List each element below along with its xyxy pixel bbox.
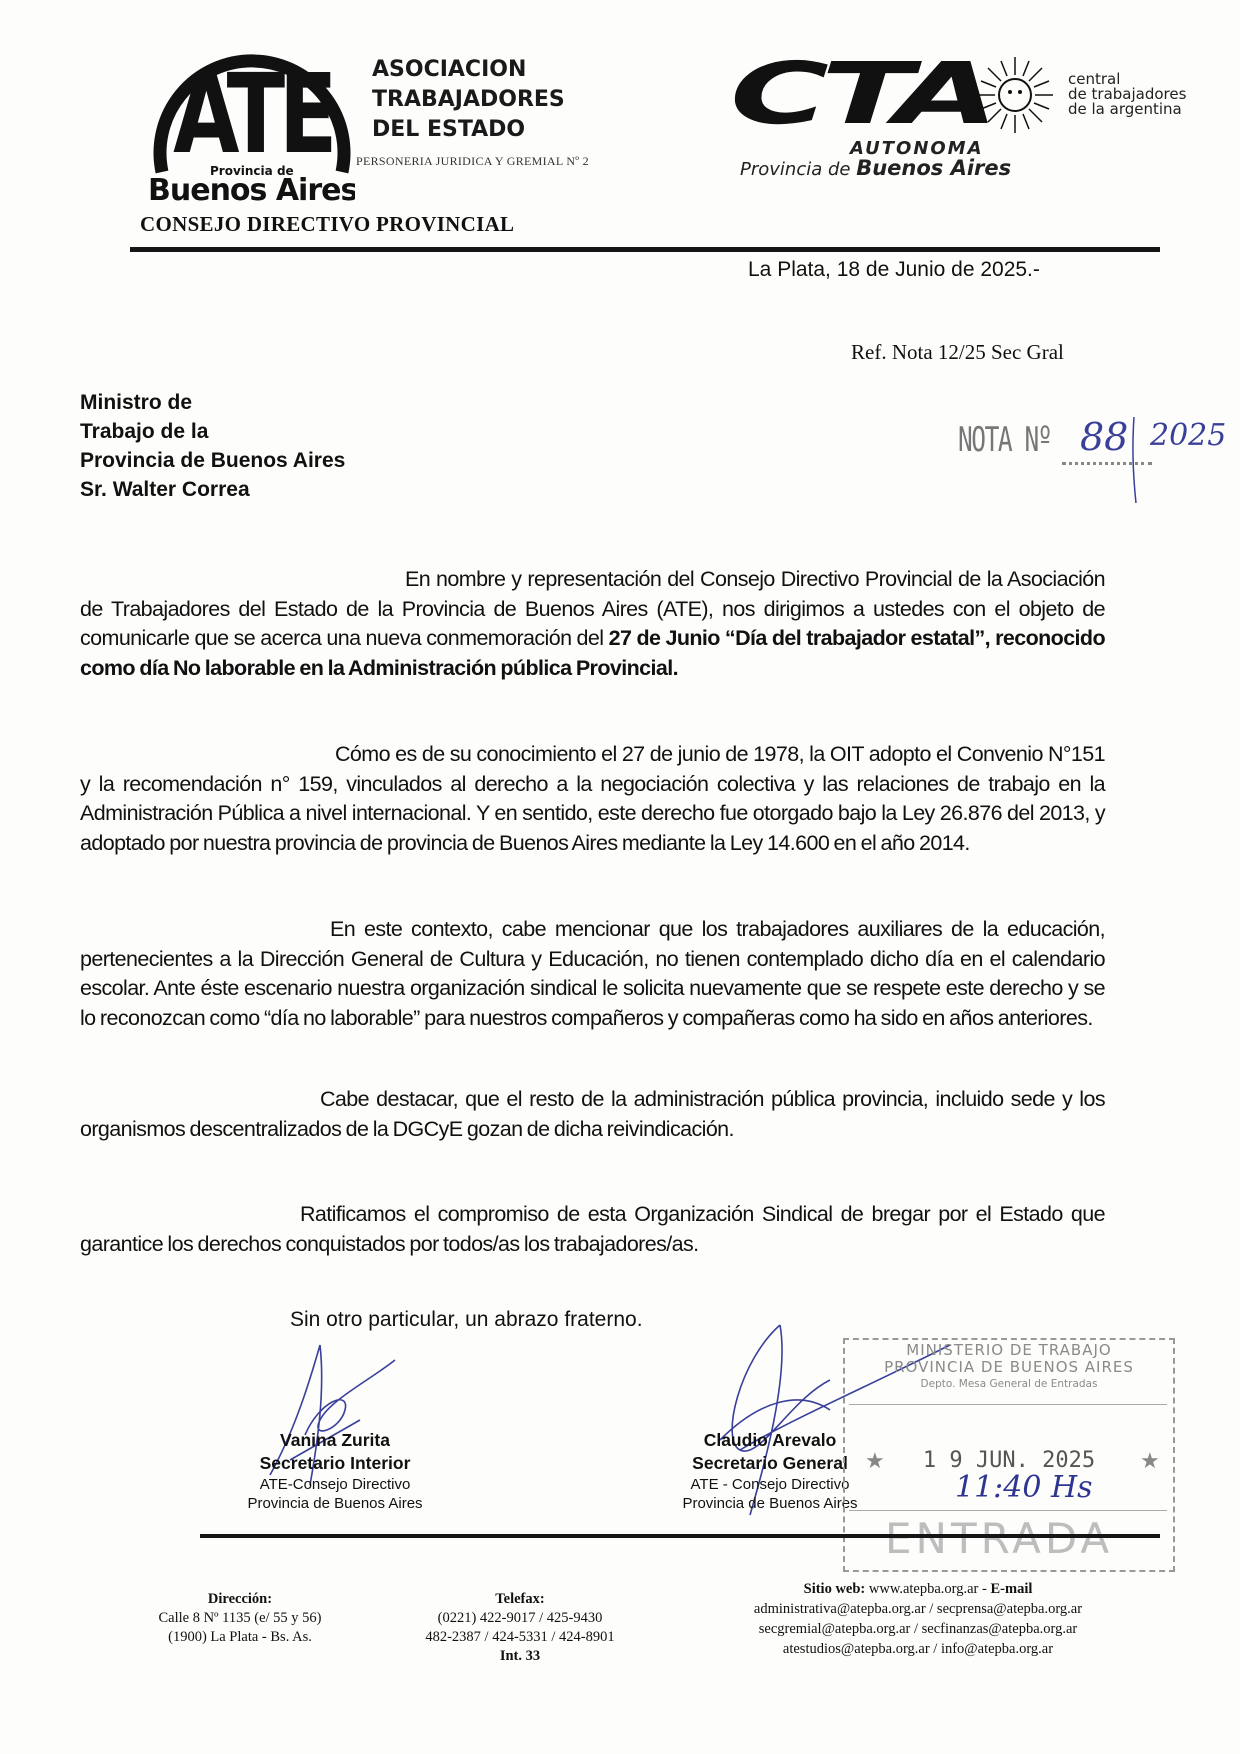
paragraph-4: Cabe destacar, que el resto de la admini…: [80, 1085, 1105, 1144]
email-line[interactable]: atestudios@atepba.org.ar / info@atepba.o…: [718, 1639, 1118, 1659]
footer-contact: Sitio web: www.atepba.org.ar - E-mail ad…: [718, 1579, 1118, 1659]
closing-line: Sin otro particular, un abrazo fraterno.: [290, 1308, 643, 1332]
nota-year-handwritten: 2025: [1150, 418, 1226, 453]
header-divider: [130, 247, 1160, 252]
sun-icon: [977, 57, 1053, 133]
cta-tagline: central de trabajadores de la argentina: [1068, 72, 1186, 117]
svg-text:CTA: CTA: [730, 55, 991, 143]
nota-stamp-label: NOTA Nº: [958, 420, 1051, 460]
stamp-divider: [849, 1404, 1167, 1405]
signatory-1: Vanina Zurita Secretario Interior ATE-Co…: [215, 1429, 455, 1513]
footer-telefax: Telefax: (0221) 422-9017 / 425-9430 482-…: [410, 1590, 630, 1666]
footer-divider: [200, 1534, 1160, 1538]
paragraph-3: En este contexto, cabe mencionar que los…: [80, 915, 1105, 1033]
website-link[interactable]: www.atepba.org.ar: [869, 1581, 979, 1597]
personeria-juridica: PERSONERIA JURIDICA Y GREMIAL Nº 2: [356, 154, 589, 169]
nota-number-handwritten: 88: [1080, 415, 1128, 459]
email-line[interactable]: administrativa@atepba.org.ar / secprensa…: [718, 1599, 1118, 1619]
ate-logo-text: ATE: [173, 51, 332, 179]
nota-separator-stroke: [1128, 415, 1140, 505]
paragraph-1: En nombre y representación del Consejo D…: [80, 565, 1105, 683]
stamp-ministry: MINISTERIO DE TRABAJO PROVINCIA DE BUENO…: [845, 1342, 1173, 1393]
consejo-directivo-heading: CONSEJO DIRECTIVO PROVINCIAL: [140, 212, 514, 237]
cta-provincia: Provincia de Buenos Aires: [740, 156, 1011, 180]
ate-logo: ATE Provincia de Buenos Aires: [150, 22, 355, 202]
addressee-block: Ministro de Trabajo de la Provincia de B…: [80, 388, 345, 504]
email-line[interactable]: secgremial@atepba.org.ar / secfinanzas@a…: [718, 1619, 1118, 1639]
svg-text:Buenos Aires: Buenos Aires: [150, 173, 355, 202]
stamp-divider: [849, 1510, 1167, 1511]
letter-date: La Plata, 18 de Junio de 2025.-: [748, 258, 1040, 282]
paragraph-5: Ratificamos el compromiso de esta Organi…: [80, 1200, 1105, 1259]
paragraph-2: Cómo es de su conocimiento el 27 de juni…: [80, 740, 1105, 858]
stamp-entrada-label: ENTRADA: [885, 1514, 1113, 1563]
footer-address: Dirección: Calle 8 Nº 1135 (e/ 55 y 56) …: [130, 1590, 350, 1647]
star-icon: ★: [1140, 1448, 1160, 1474]
organization-name: ASOCIACION TRABAJADORES DEL ESTADO: [372, 55, 565, 145]
reference-line: Ref. Nota 12/25 Sec Gral: [851, 340, 1064, 365]
stamp-time-handwritten: 11:40 Hs: [955, 1470, 1093, 1505]
cta-logo: CTA: [730, 55, 1070, 145]
